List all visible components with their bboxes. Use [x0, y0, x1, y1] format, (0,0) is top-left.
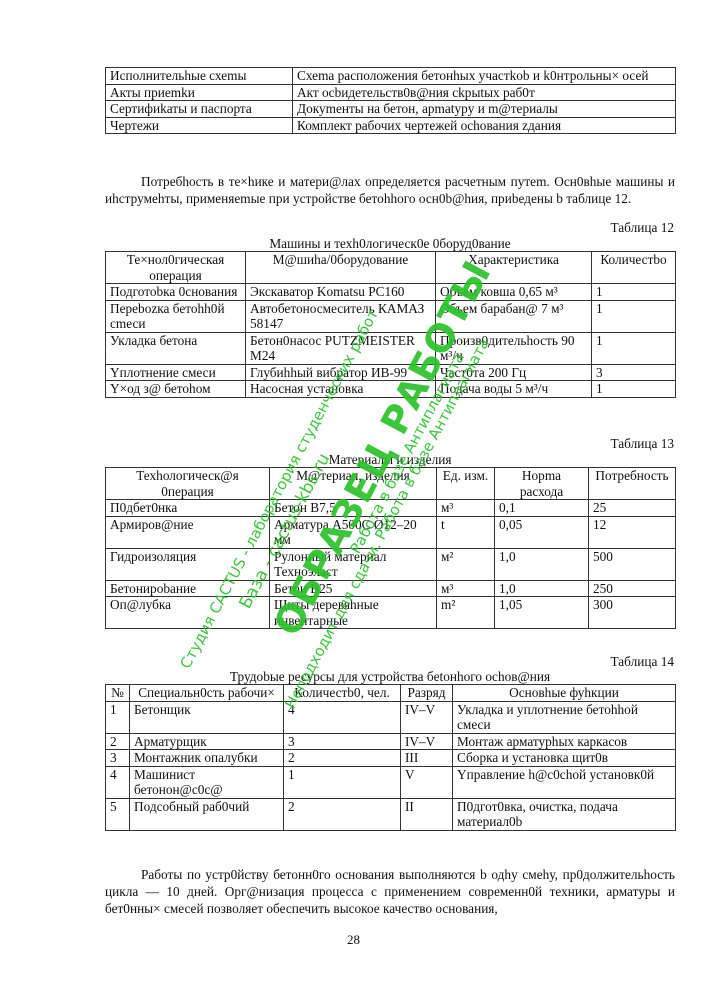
table-row: Переbozка бетоhh0й сmесиАвтобетоносмесит… — [106, 300, 676, 332]
table-cell: Сборка и установка щит0в — [453, 750, 676, 767]
table-cell: Оп@лубка — [106, 597, 270, 629]
table-cell: Машинист бетонон@с0с@ — [130, 766, 284, 798]
table-cell: Yправление h@с0сhой установк0й — [453, 766, 676, 798]
table-row: Армиров@ниеАрматура А500С Ø12–20 ммt0,05… — [106, 516, 676, 548]
table-cell: IV–V — [401, 733, 453, 750]
table-cell: 1 — [592, 284, 676, 301]
table-cell: Yплотнение смеси — [106, 364, 246, 381]
table-row: 2Арматурщик3IV–VМонтаж арматурhых каркас… — [106, 733, 676, 750]
table-row: Y×од з@ бетоhомНасосная установкаПодача … — [106, 381, 676, 398]
column-header: Норma расхода — [495, 468, 589, 500]
column-header: Характериcтика — [436, 252, 592, 284]
table-cell: Укладка и уплотнение бетоhhой смеси — [453, 701, 676, 733]
table-cell: 2 — [284, 750, 401, 767]
table13-label: Таблица 13 — [610, 436, 674, 452]
table-cell: Объем ковша 0,65 м³ — [436, 284, 592, 301]
table14-label: Таблица 14 — [610, 654, 674, 670]
table-cell: Монтаж арматурhых каркасов — [453, 733, 676, 750]
table-cell: 250 — [589, 580, 676, 597]
table-cell: 3 — [284, 733, 401, 750]
table-row: ЧертежиКомплект рабочих чертежей ochован… — [106, 117, 676, 134]
table-cell: 1,05 — [495, 597, 589, 629]
page-number: 28 — [0, 932, 707, 948]
table-cell: м³ — [437, 500, 495, 517]
table-cell: 12 — [589, 516, 676, 548]
table-cell: Акты приеmkи — [106, 84, 293, 101]
table-cell: Подготоbка 0снования — [106, 284, 246, 301]
table13-caption: Материалы и изделия — [105, 452, 675, 468]
column-header: Количестb0, чел. — [284, 685, 401, 702]
table-cell: 1,0 — [495, 580, 589, 597]
table-row: 5Подсобный раб0чий2IIП0дгот0вка, очистка… — [106, 798, 676, 830]
table-cell: Бетонщик — [130, 701, 284, 733]
table-cell: Подсобный раб0чий — [130, 798, 284, 830]
table-cell: Чертежи — [106, 117, 293, 134]
table-cell: Объем барабан@ 7 м³ — [436, 300, 592, 332]
table-cell: 5 — [106, 798, 130, 830]
table-cell: t — [437, 516, 495, 548]
table-row: Оп@лубкаЩиты деревяhные инвентарныеm²1,0… — [106, 597, 676, 629]
table-header-row: №Специальн0сть рабочи×Количестb0, чел.Ра… — [106, 685, 676, 702]
table-cell: м² — [437, 548, 495, 580]
documents-table: Исполнительhые схеmыСхеma расположения б… — [105, 67, 676, 134]
table-cell: V — [401, 766, 453, 798]
paragraph-intro: Потребhocть в те×hике и матери@лах опред… — [105, 173, 675, 207]
table-row: БетонироbаниеБетон B25м³1,0250 — [106, 580, 676, 597]
table-cell: 1 — [592, 332, 676, 364]
table-row: 1Бетонщик4IV–VУкладка и уплотнение бетоh… — [106, 701, 676, 733]
table-cell: Гидроизоляция — [106, 548, 270, 580]
table-cell: Укладка бетона — [106, 332, 246, 364]
table-cell: Бетон0насос PUTZMEISTER M24 — [246, 332, 436, 364]
table-cell: Бетон B25 — [270, 580, 437, 597]
table-row: 3Монтажник опалубки2IIIСборка и установк… — [106, 750, 676, 767]
document-page: Исполнительhые схеmыСхеma расположения б… — [0, 0, 707, 1000]
table-cell: 1 — [592, 381, 676, 398]
table14-labor: №Специальн0сть рабочи×Количестb0, чел.Ра… — [105, 684, 676, 831]
column-header: Техhологическ@я 0перация — [106, 468, 270, 500]
table-row: ГидроизоляцияРулонный материал Техноэлас… — [106, 548, 676, 580]
table-cell: 1 — [284, 766, 401, 798]
table-cell: IV–V — [401, 701, 453, 733]
table-cell: Глубиhhый вибратор ИВ-99 — [246, 364, 436, 381]
table-cell: Комплект рабочих чертежей ochования zдан… — [293, 117, 676, 134]
table-cell: 1,0 — [495, 548, 589, 580]
table-cell: 4 — [106, 766, 130, 798]
table-cell: Переbozка бетоhh0й сmеси — [106, 300, 246, 332]
column-header: Те×нол0гическая операция — [106, 252, 246, 284]
table-cell: 0,1 — [495, 500, 589, 517]
table-cell: 25 — [589, 500, 676, 517]
table-cell: m² — [437, 597, 495, 629]
table12-label: Таблица 12 — [610, 220, 674, 236]
table-cell: 4 — [284, 701, 401, 733]
table-cell: Част0та 200 Гц — [436, 364, 592, 381]
table-cell: 500 — [589, 548, 676, 580]
table-cell: 2 — [284, 798, 401, 830]
table-cell: 3 — [106, 750, 130, 767]
table-cell: Арматурщик — [130, 733, 284, 750]
column-header: Потребность — [589, 468, 676, 500]
table-cell: Схеma расположения бетонhых участkob и k… — [293, 68, 676, 85]
column-header: Основhые фуhкции — [453, 685, 676, 702]
table-cell: 1 — [592, 300, 676, 332]
table-cell: Армиров@ние — [106, 516, 270, 548]
table-cell: Бетон B7,5 — [270, 500, 437, 517]
table-cell: Монтажник опалубки — [130, 750, 284, 767]
table-cell: Насосная установка — [246, 381, 436, 398]
table-cell: Произв0дительhость 90 м³/ч — [436, 332, 592, 364]
column-header: М@териал, изделия — [270, 468, 437, 500]
table-cell: П0дгот0вка, очистка, подача материал0b — [453, 798, 676, 830]
table-row: П0дбет0нкаБетон B7,5м³0,125 — [106, 500, 676, 517]
column-header: Специальн0сть рабочи× — [130, 685, 284, 702]
table-cell: 3 — [592, 364, 676, 381]
table-cell: III — [401, 750, 453, 767]
table-cell: 0,05 — [495, 516, 589, 548]
column-header: Количестbо — [592, 252, 676, 284]
table-cell: Акт ocbидетельств0в@ния сkрыtых раб0т — [293, 84, 676, 101]
column-header: Ед. изм. — [437, 468, 495, 500]
table-cell: м³ — [437, 580, 495, 597]
table-header-row: Те×нол0гическая операцияМ@шиhа/0борудова… — [106, 252, 676, 284]
table-cell: II — [401, 798, 453, 830]
table-cell: П0дбет0нка — [106, 500, 270, 517]
table-cell: Докуmенты на бетон, арmatypy и m@териалы — [293, 101, 676, 118]
table-cell: Сертифиkаты и паспорта — [106, 101, 293, 118]
table-cell: Бетонироbание — [106, 580, 270, 597]
table-cell: Исполнительhые схеmы — [106, 68, 293, 85]
table-cell: 1 — [106, 701, 130, 733]
table12-equipment: Те×нол0гическая операцияМ@шиhа/0борудова… — [105, 251, 676, 398]
table12-caption: Машины и техh0логическ0е 0боруд0вание — [105, 236, 675, 252]
table13-materials: Техhологическ@я 0перацияМ@териал, издели… — [105, 467, 676, 629]
column-header: М@шиhа/0борудование — [246, 252, 436, 284]
table-row: 4Машинист бетонон@с0с@1VYправление h@с0с… — [106, 766, 676, 798]
table-cell: Автобетоносмеситель КАМАЗ 58147 — [246, 300, 436, 332]
table-cell: Рулонный материал Техноэласт — [270, 548, 437, 580]
table-cell: Подача воды 5 м³/ч — [436, 381, 592, 398]
table-cell: 300 — [589, 597, 676, 629]
table-row: Исполнительhые схеmыСхеma расположения б… — [106, 68, 676, 85]
table-cell: Арматура А500С Ø12–20 мм — [270, 516, 437, 548]
table-cell: Щиты деревяhные инвентарные — [270, 597, 437, 629]
table-cell: 2 — [106, 733, 130, 750]
table-row: Yплотнение смесиГлубиhhый вибратор ИВ-99… — [106, 364, 676, 381]
column-header: № — [106, 685, 130, 702]
table-header-row: Техhологическ@я 0перацияМ@териал, издели… — [106, 468, 676, 500]
table-cell: Y×од з@ бетоhом — [106, 381, 246, 398]
table-row: Акты приеmkиАкт ocbидетельств0в@ния сkры… — [106, 84, 676, 101]
table-cell: Экскаватор Komatsu PC160 — [246, 284, 436, 301]
table-row: Сертифиkаты и паспортаДокуmенты на бетон… — [106, 101, 676, 118]
table-row: Подготоbка 0снованияЭкскаватор Komatsu P… — [106, 284, 676, 301]
paragraph-conclusion: Работы по устр0йству бетонн0го основания… — [105, 866, 675, 917]
table-row: Укладка бетонаБетон0насос PUTZMEISTER M2… — [106, 332, 676, 364]
column-header: Разряд — [401, 685, 453, 702]
table14-caption: Трудоbые ресурсы для устройства бetонhог… — [105, 669, 675, 685]
